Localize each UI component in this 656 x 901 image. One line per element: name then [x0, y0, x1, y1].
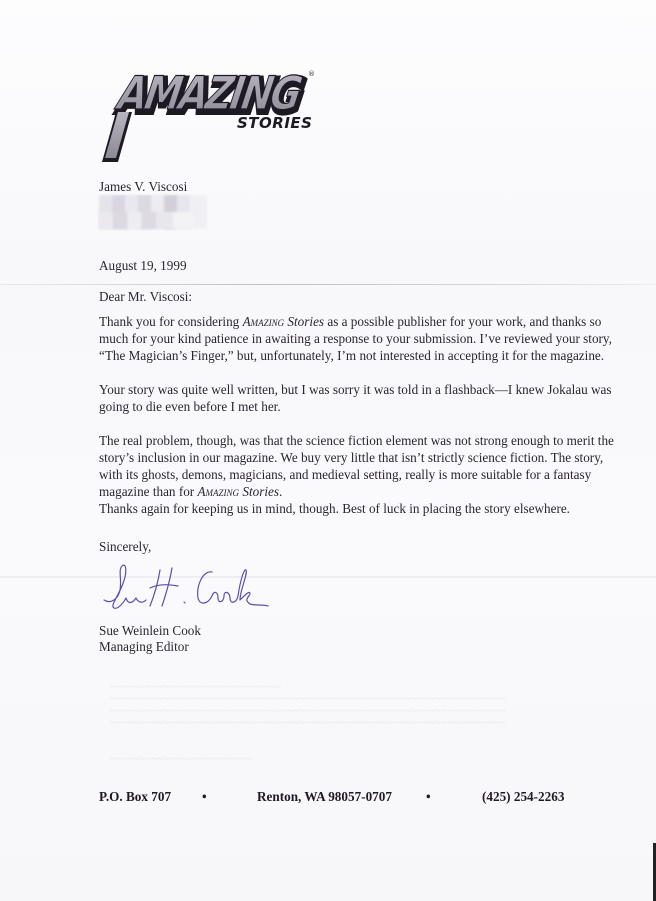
magazine-name: Amazing: [243, 314, 285, 329]
bleed-through-text: ~~~~~~~~~~~~~~~~~~~~~~~~~~~~~~~~~~~~~~~~…: [110, 706, 506, 717]
body-paragraph-1: Thank you for considering Amazing Storie…: [99, 313, 619, 364]
letter-date: August 19, 1999: [99, 257, 187, 274]
closing: Sincerely,: [99, 538, 151, 555]
signer-title: Managing Editor: [99, 638, 189, 655]
bleed-through-text: ~~~~~~~~~~~~~~~~~~~~~~~~~~~~~~~~~~~~~~~~…: [110, 718, 506, 729]
paper-fold-line-lower: [0, 576, 656, 578]
svg-text:®: ®: [308, 70, 315, 78]
bleed-through-text: ~~~~~~~~~~~~~~~~~~~~~~~~: [110, 754, 252, 765]
letter-page: AMAZING AMAZING STORIES ® James V. Visco…: [0, 0, 656, 901]
redacted-address-line2: [99, 212, 194, 229]
bleed-through-text: ~~~~~~~~~~~~~~~~~~~~~~~~~~~~~~~~~~~~~~~~…: [110, 694, 506, 705]
handwritten-signature: [100, 560, 270, 616]
svg-text:AMAZING: AMAZING: [110, 67, 308, 121]
signer-name: Sue Weinlein Cook: [99, 622, 201, 639]
magazine-name: Amazing: [198, 484, 240, 499]
recipient-name: James V. Viscosi: [99, 178, 187, 195]
footer-separator: •: [202, 789, 207, 805]
footer-phone: (425) 254-2263: [482, 789, 564, 805]
footer-po-box: P.O. Box 707: [99, 789, 171, 805]
body-paragraph-3: The real problem, though, was that the s…: [99, 432, 619, 500]
paper-fold-line: [0, 284, 656, 285]
amazing-stories-logo: AMAZING AMAZING STORIES ®: [96, 62, 326, 166]
svg-text:STORIES: STORIES: [237, 114, 312, 132]
body-paragraph-2: Your story was quite well written, but I…: [99, 381, 619, 415]
salutation: Dear Mr. Viscosi:: [99, 288, 192, 305]
footer-city: Renton, WA 98057-0707: [257, 789, 392, 805]
bleed-through-text: ~~~~~~~~~~~~~~~~~~~~~~~~~~~~~: [110, 682, 281, 693]
body-paragraph-4: Thanks again for keeping us in mind, tho…: [99, 500, 619, 517]
footer-separator: •: [426, 789, 431, 805]
